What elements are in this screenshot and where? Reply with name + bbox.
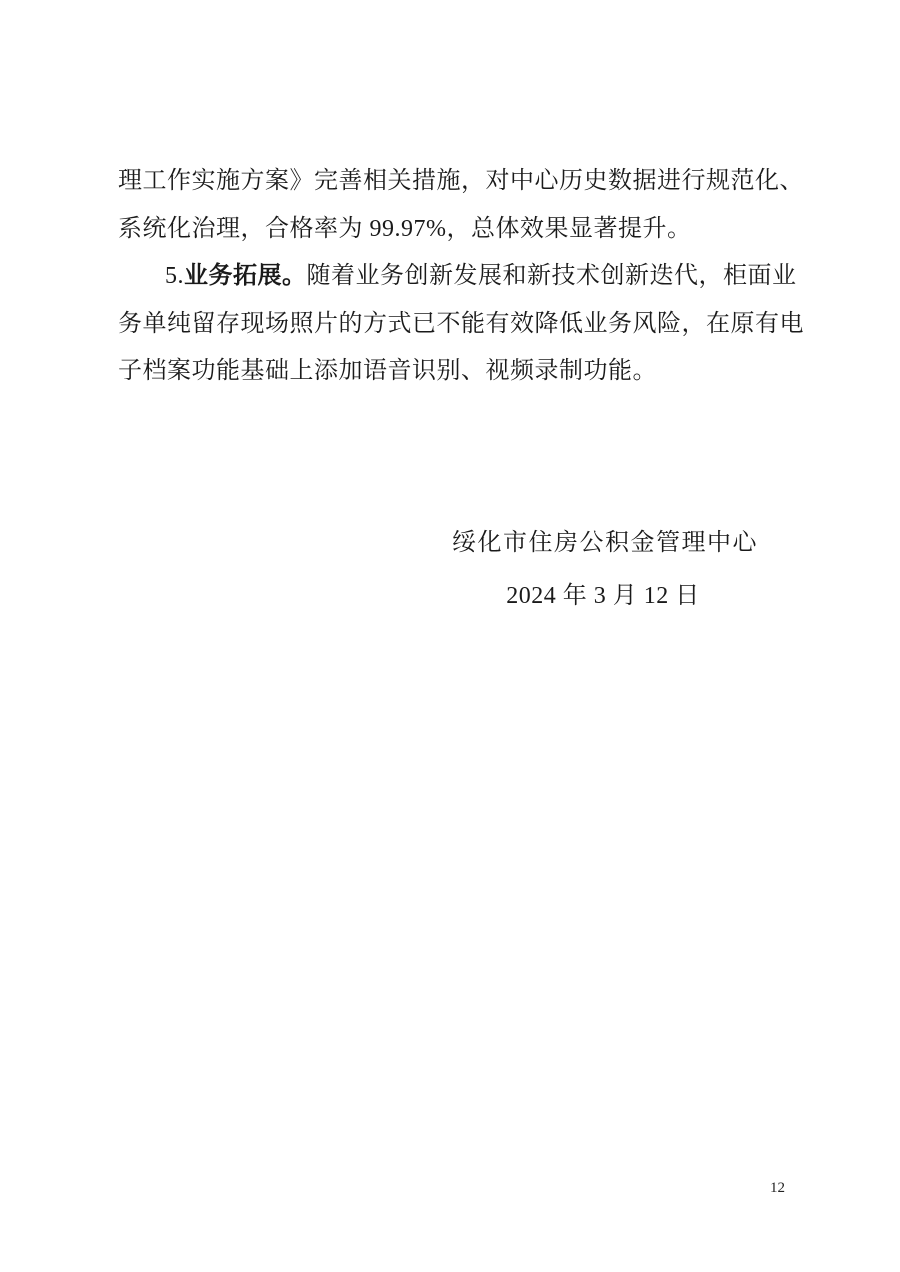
body-text-line-2: 系统化治理，合格率为 99.97%，总体效果显著提升。: [118, 206, 794, 254]
body-text-line-1: 理工作实施方案》完善相关措施，对中心历史数据进行规范化、: [118, 158, 794, 206]
paragraph-text: 随着业务创新发展和新技术创新迭代，柜面业: [307, 263, 797, 289]
document-body: 理工作实施方案》完善相关措施，对中心历史数据进行规范化、 系统化治理，合格率为 …: [118, 158, 794, 396]
signature-date: 2024 年 3 月 12 日: [452, 580, 754, 612]
body-text-line-5: 子档案功能基础上添加语音识别、视频录制功能。: [118, 348, 794, 396]
body-text-line-4: 务单纯留存现场照片的方式已不能有效降低业务风险，在原有电: [118, 301, 794, 349]
signature-organization: 绥化市住房公积金管理中心: [452, 527, 754, 559]
signature-block: 绥化市住房公积金管理中心 2024 年 3 月 12 日: [452, 527, 754, 612]
paragraph-number: 5.: [165, 263, 184, 289]
document-page: 理工作实施方案》完善相关措施，对中心历史数据进行规范化、 系统化治理，合格率为 …: [0, 0, 900, 1272]
paragraph-heading: 业务拓展。: [184, 263, 307, 289]
page-number: 12: [770, 1178, 785, 1198]
body-text-line-3: 5.业务拓展。随着业务创新发展和新技术创新迭代，柜面业: [118, 253, 794, 301]
